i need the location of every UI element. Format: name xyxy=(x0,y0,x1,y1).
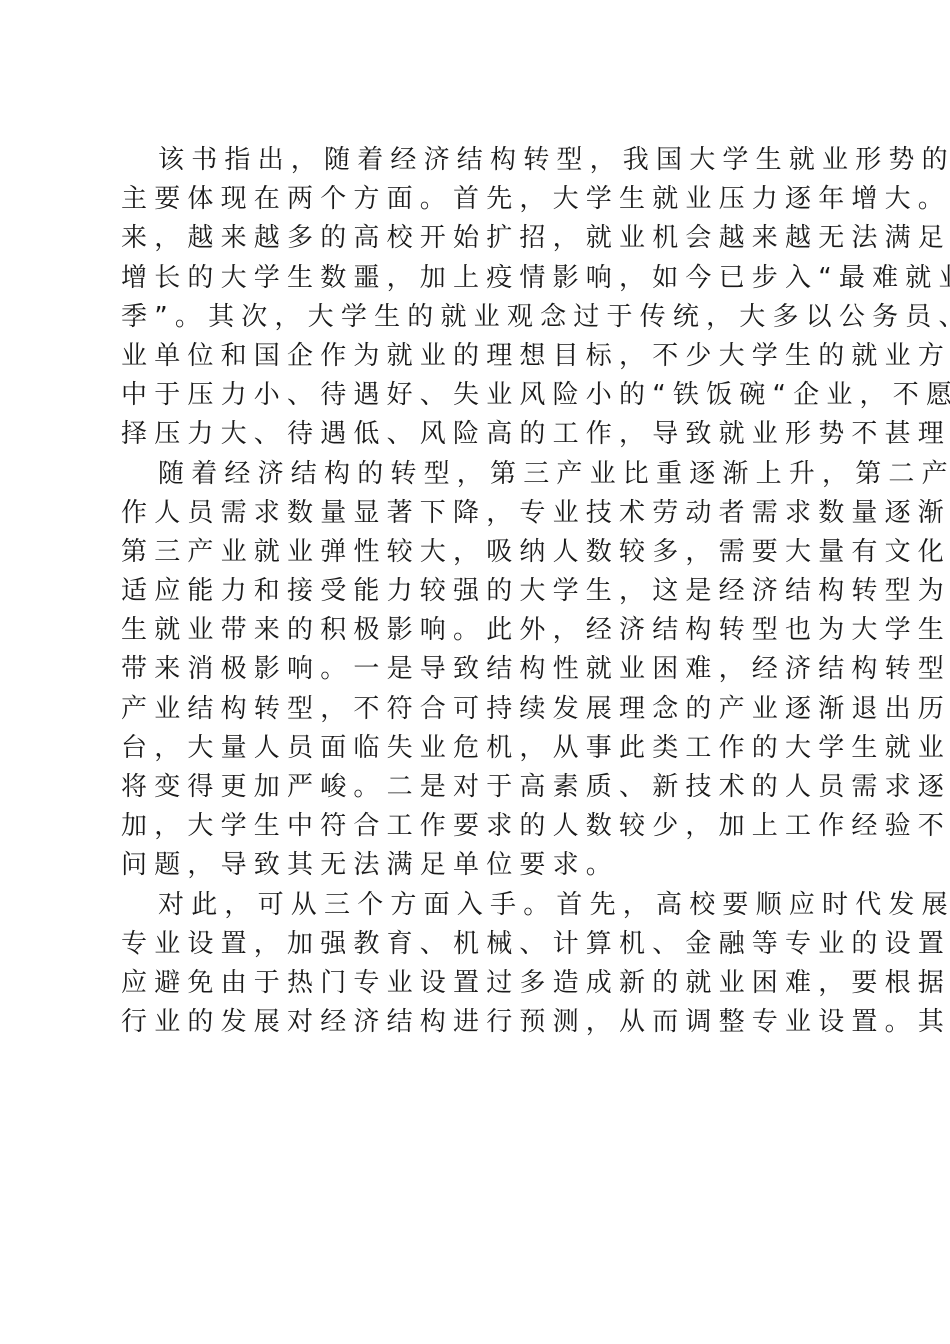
text-line: 随着经济结构的转型，第三产业比重逐渐上升，第二产业操 xyxy=(121,455,827,494)
text-line: 应避免由于热门专业设置过多造成新的就业困难，要根据市场 xyxy=(121,964,827,1003)
paragraph-employment-situation: 该书指出，随着经济结构转型，我国大学生就业形势的变化 主要体现在两个方面。首先，… xyxy=(121,141,827,455)
text-line: 将变得更加严峻。二是对于高素质、新技术的人员需求逐渐增 xyxy=(121,768,827,807)
text-line: 主要体现在两个方面。首先，大学生就业压力逐年增大。近年 xyxy=(121,180,827,219)
text-line: 带来消极影响。一是导致结构性就业困难，经济结构转型导致 xyxy=(121,650,827,689)
text-line: 台，大量人员面临失业危机，从事此类工作的大学生就业形势 xyxy=(121,729,827,768)
text-line: 生就业带来的积极影响。此外，经济结构转型也为大学生就业 xyxy=(121,611,827,650)
text-line: 问题，导致其无法满足单位要求。 xyxy=(121,846,827,885)
text-line: 第三产业就业弹性较大，吸纳人数较多，需要大量有文化索养、 xyxy=(121,533,827,572)
paragraph-countermeasures: 对此，可从三个方面入手。首先，高校要顺应时代发展询整 专业设置，加强教育、机械、… xyxy=(121,886,827,1043)
text-line: 适应能力和接受能力较强的大学生，这是经济结构转型为大学 xyxy=(121,572,827,611)
text-line: 来，越来越多的高校开始扩招，就业机会越来越无法满足日益 xyxy=(121,219,827,258)
paragraph-structural-transformation: 随着经济结构的转型，第三产业比重逐渐上升，第二产业操 作人员需求数量显著下降，专… xyxy=(121,455,827,886)
text-line: 季”。其次，大学生的就业观念过于传统，大多以公务员、事 xyxy=(121,298,827,337)
document-body: 该书指出，随着经济结构转型，我国大学生就业形势的变化 主要体现在两个方面。首先，… xyxy=(121,141,827,1042)
text-line: 产业结构转型，不符合可持续发展理念的产业逐渐退出历史舞 xyxy=(121,690,827,729)
text-line: 中于压力小、待遇好、失业风险小的“铁饭碗“企业，不愿选 xyxy=(121,376,827,415)
text-line: 专业设置，加强教育、机械、计算机、金融等专业的设置，也 xyxy=(121,925,827,964)
text-line: 增长的大学生数噩，加上疫情影响，如今已步入“最难就业 xyxy=(121,259,827,298)
text-line: 择压力大、待遇低、风险高的工作，导致就业形势不甚理想。 xyxy=(121,415,827,454)
text-line: 业单位和国企作为就业的理想目标，不少大学生的就业方向集 xyxy=(121,337,827,376)
text-line: 该书指出，随着经济结构转型，我国大学生就业形势的变化 xyxy=(121,141,827,180)
text-line: 对此，可从三个方面入手。首先，高校要顺应时代发展询整 xyxy=(121,886,827,925)
text-line: 加，大学生中符合工作要求的人数较少，加上工作经验不足等 xyxy=(121,807,827,846)
text-line: 作人员需求数量显著下降，专业技术劳动者需求数量逐渐增多。 xyxy=(121,494,827,533)
text-line: 行业的发展对经济结构进行预测，从而调整专业设置。其次， xyxy=(121,1003,827,1042)
